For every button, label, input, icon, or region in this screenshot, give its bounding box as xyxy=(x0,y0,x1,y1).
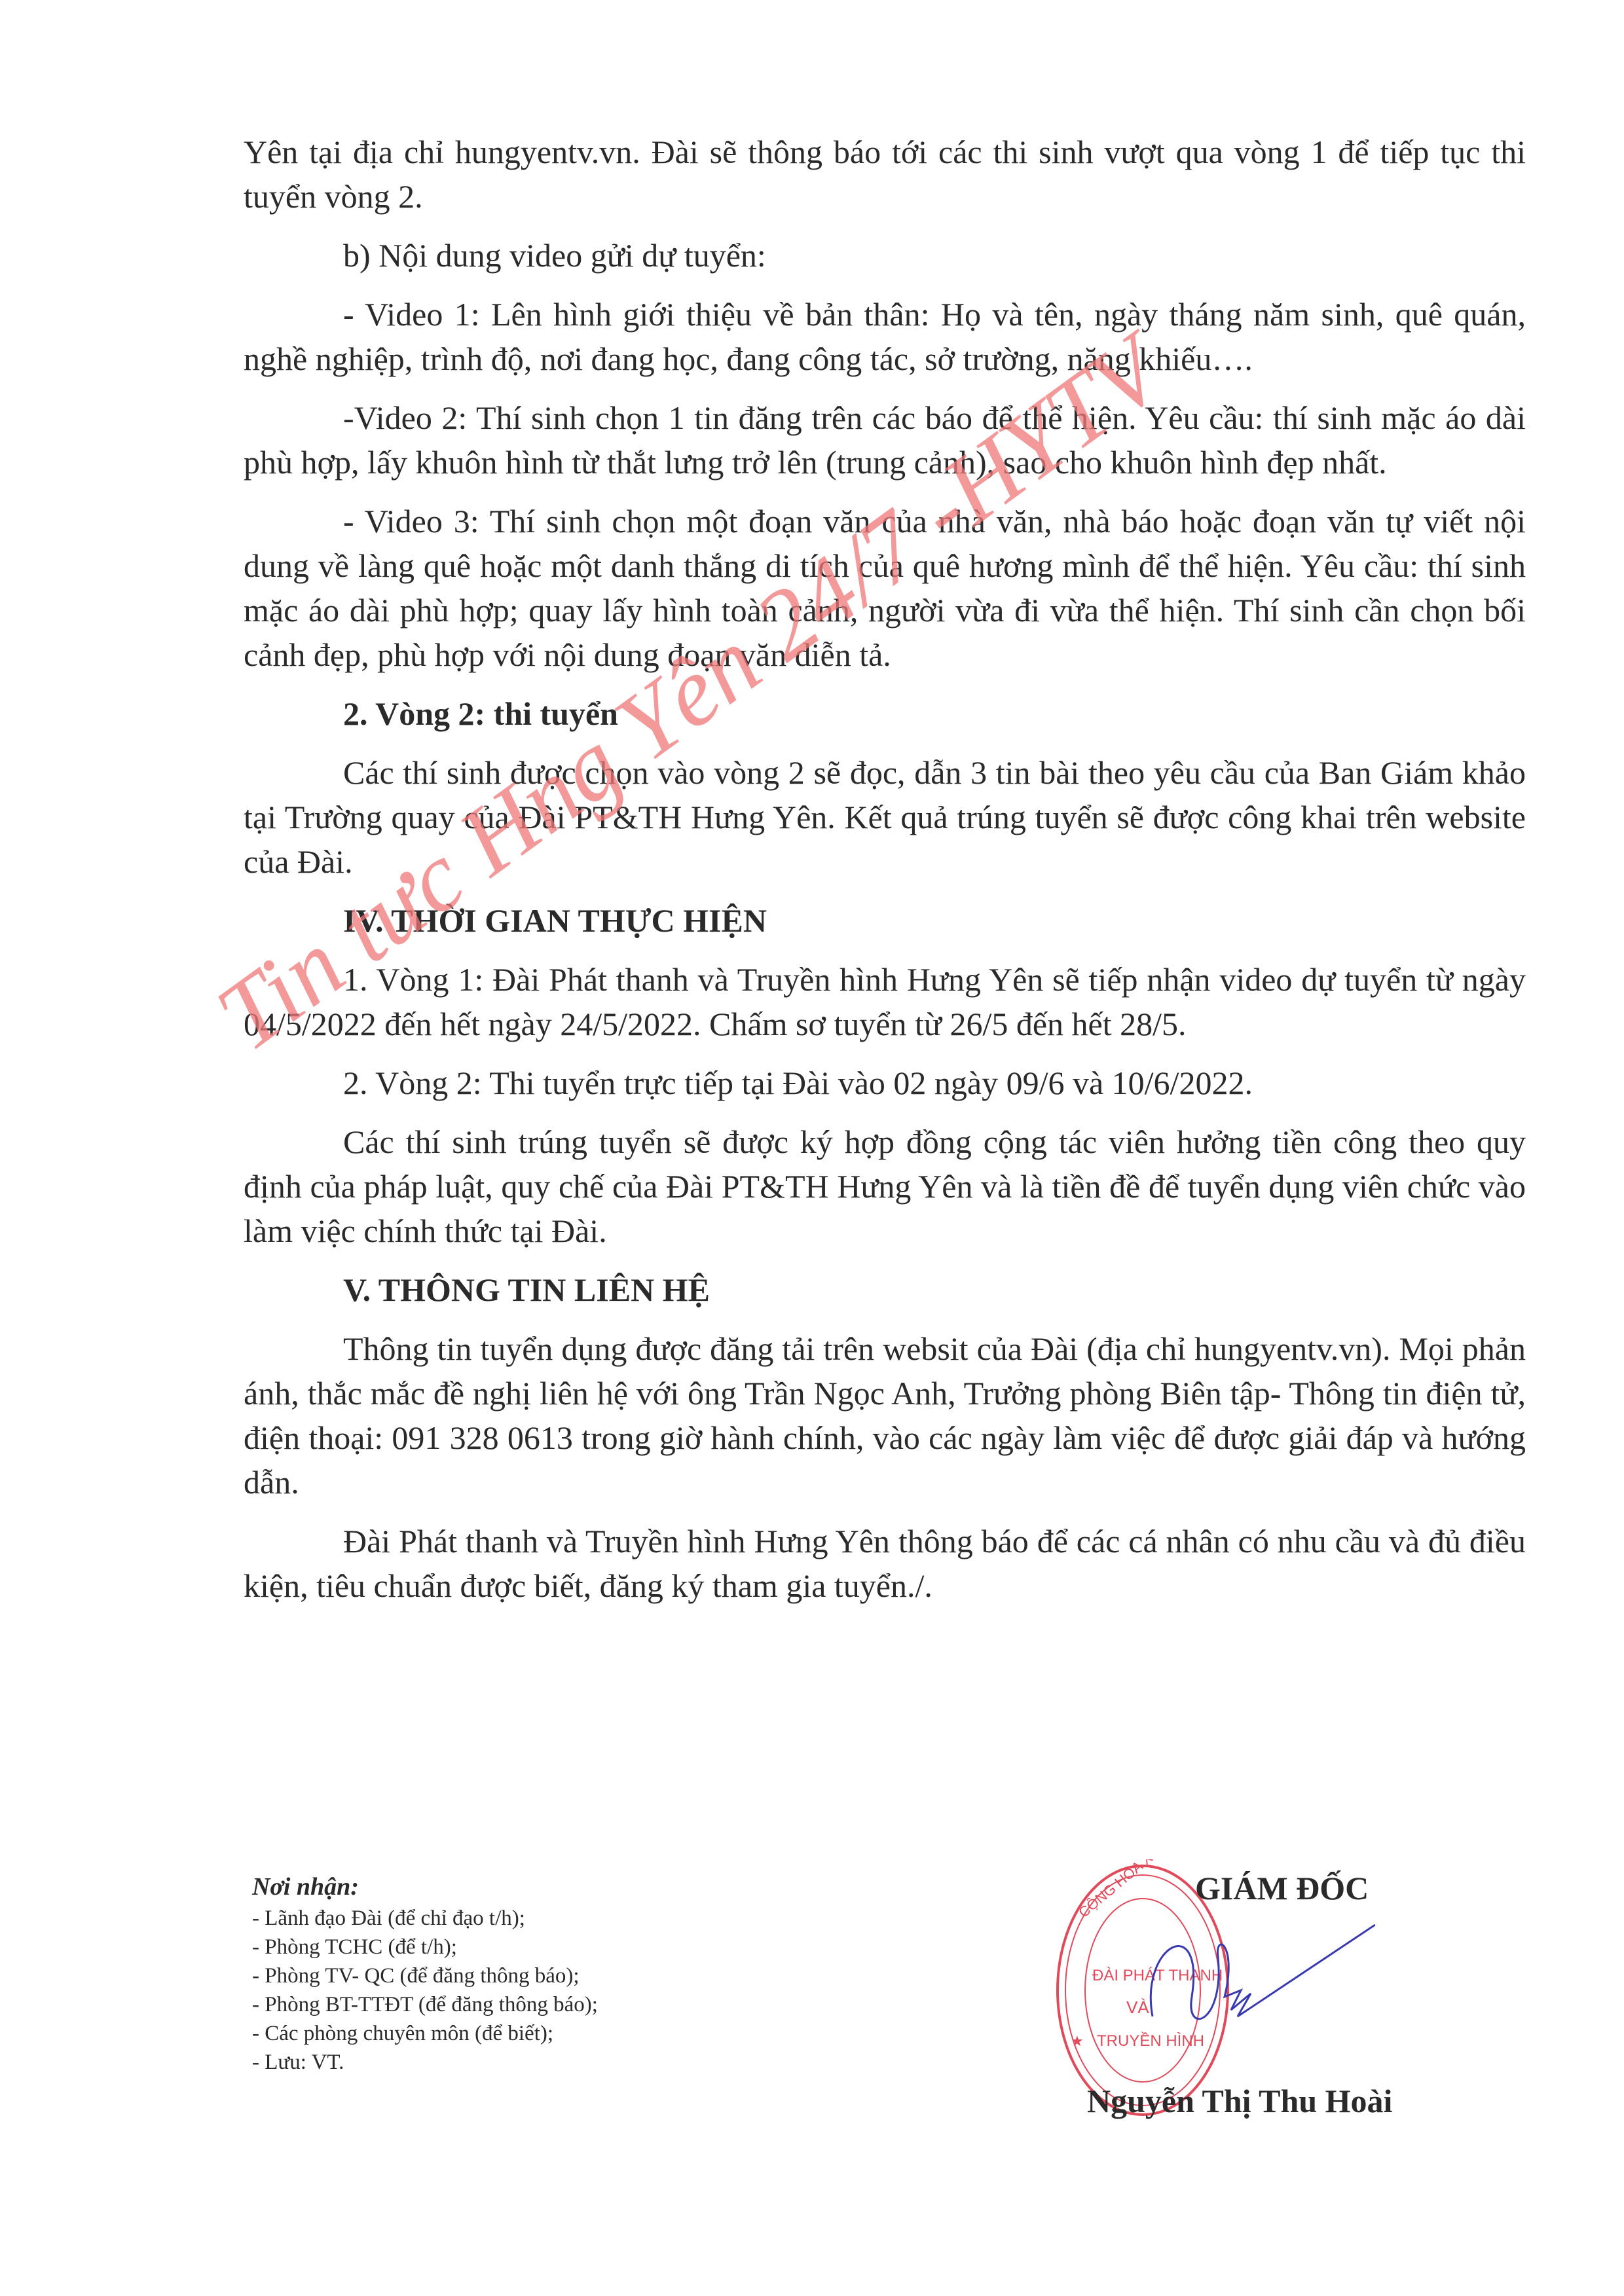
recipient-item: - Các phòng chuyên môn (để biết); xyxy=(252,2019,598,2048)
svg-text:CỘNG HÒA X: CỘNG HÒA X xyxy=(1075,1859,1156,1921)
recipients-block: Nơi nhận: - Lãnh đạo Đài (để chỉ đạo t/h… xyxy=(252,1872,598,2077)
paragraph: Các thí sinh trúng tuyển sẽ được ký hợp … xyxy=(244,1120,1526,1253)
recipient-item: - Lãnh đạo Đài (để chỉ đạo t/h); xyxy=(252,1904,598,1933)
document-page: Yên tại địa chỉ hungyentv.vn. Đài sẽ thô… xyxy=(0,0,1624,2296)
paragraph: 1. Vòng 1: Đài Phát thanh và Truyền hình… xyxy=(244,957,1526,1046)
signatory-title: GIÁM ĐỐC xyxy=(1195,1869,1369,1907)
recipient-item: - Phòng TCHC (để t/h); xyxy=(252,1933,598,1961)
paragraph: Yên tại địa chỉ hungyentv.vn. Đài sẽ thô… xyxy=(244,130,1526,219)
signature-block: CỘNG HÒA X ĐÀI PHÁT THANH VÀ TRUYỀN HÌNH… xyxy=(1035,1833,1559,2160)
document-body: Yên tại địa chỉ hungyentv.vn. Đài sẽ thô… xyxy=(244,130,1526,1622)
paragraph: - Video 1: Lên hình giới thiệu về bản th… xyxy=(244,292,1526,381)
section-heading: IV. THỜI GIAN THỰC HIỆN xyxy=(244,898,1526,943)
section-heading: V. THÔNG TIN LIÊN HỆ xyxy=(244,1267,1526,1312)
paragraph: b) Nội dung video gửi dự tuyển: xyxy=(244,233,1526,278)
svg-text:★: ★ xyxy=(1071,2033,1084,2049)
recipient-item: - Phòng BT-TTĐT (để đăng thông báo); xyxy=(252,1990,598,2019)
recipient-item: - Phòng TV- QC (để đăng thông báo); xyxy=(252,1961,598,1990)
paragraph: Thông tin tuyển dụng được đăng tải trên … xyxy=(244,1326,1526,1504)
recipient-item: - Lưu: VT. xyxy=(252,2048,598,2077)
paragraph: 2. Vòng 2: Thi tuyển trực tiếp tại Đài v… xyxy=(244,1061,1526,1105)
signatory-name: Nguyễn Thị Thu Hoài xyxy=(1087,2082,1392,2120)
handwritten-signature-icon xyxy=(1126,1918,1375,2049)
paragraph: Đài Phát thanh và Truyền hình Hưng Yên t… xyxy=(244,1519,1526,1608)
paragraph: -Video 2: Thí sinh chọn 1 tin đăng trên … xyxy=(244,395,1526,484)
recipients-title: Nơi nhận: xyxy=(252,1872,598,1901)
paragraph: - Video 3: Thí sinh chọn một đoạn văn củ… xyxy=(244,499,1526,677)
paragraph: Các thí sinh được chọn vào vòng 2 sẽ đọc… xyxy=(244,750,1526,884)
section-heading: 2. Vòng 2: thi tuyển xyxy=(244,691,1526,736)
